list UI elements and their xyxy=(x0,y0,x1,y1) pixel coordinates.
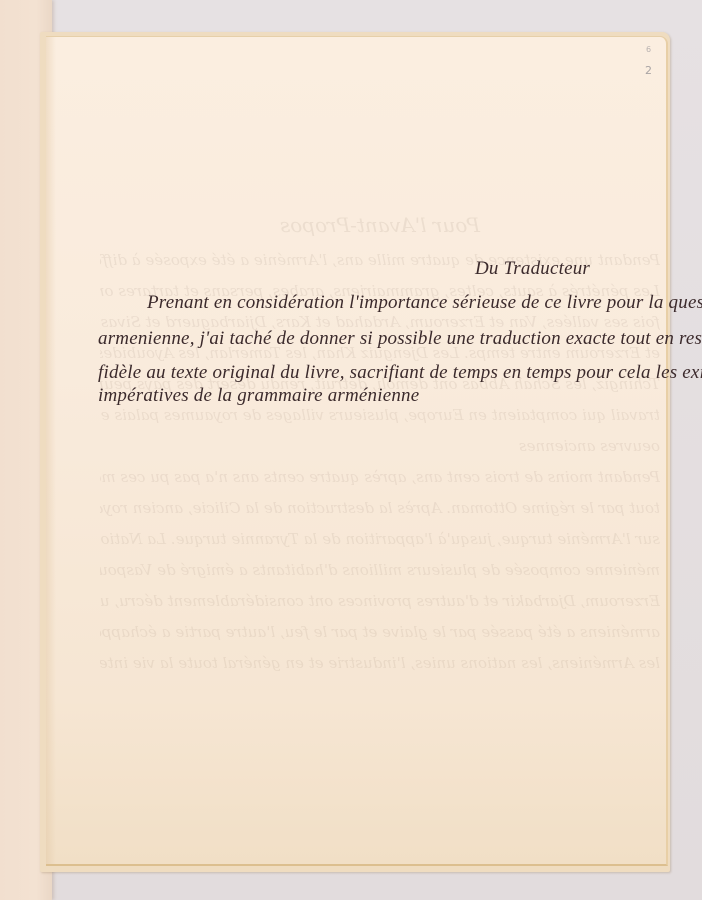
paragraph-line: armenienne, j'ai taché de donner si poss… xyxy=(98,328,702,350)
bleed-line: Pendant moins de trois cent ans, après q… xyxy=(100,462,660,493)
bleed-line: les Arméniens, les nations unies, l'indu… xyxy=(100,648,660,679)
paragraph-line: impératives de la grammaire arménienne xyxy=(98,385,419,407)
folio-number-top: 6 xyxy=(646,45,651,54)
bleed-line: ménienne composée de plusieurs millions … xyxy=(100,555,660,586)
folio-number: 2 xyxy=(645,64,652,77)
bleed-line: tout par le régime Ottoman. Après la des… xyxy=(100,493,660,524)
section-heading: Du Traducteur xyxy=(475,258,590,280)
bleed-through-title: Pour l'Avant-Propos xyxy=(100,205,660,245)
paragraph-line: Prenant en considération l'importance sé… xyxy=(147,292,702,314)
bleed-line: Erzeroum, Djarbakir et d'autres province… xyxy=(100,586,660,617)
paragraph-line: fidèle au texte original du livre, sacri… xyxy=(98,362,702,384)
bleed-line: sur l'Arménie turque, jusqu'à l'appariti… xyxy=(100,524,660,555)
bleed-line: arméniens a été passée par le glaive et … xyxy=(100,617,660,648)
bleed-line: oeuvres anciennes xyxy=(100,431,660,462)
